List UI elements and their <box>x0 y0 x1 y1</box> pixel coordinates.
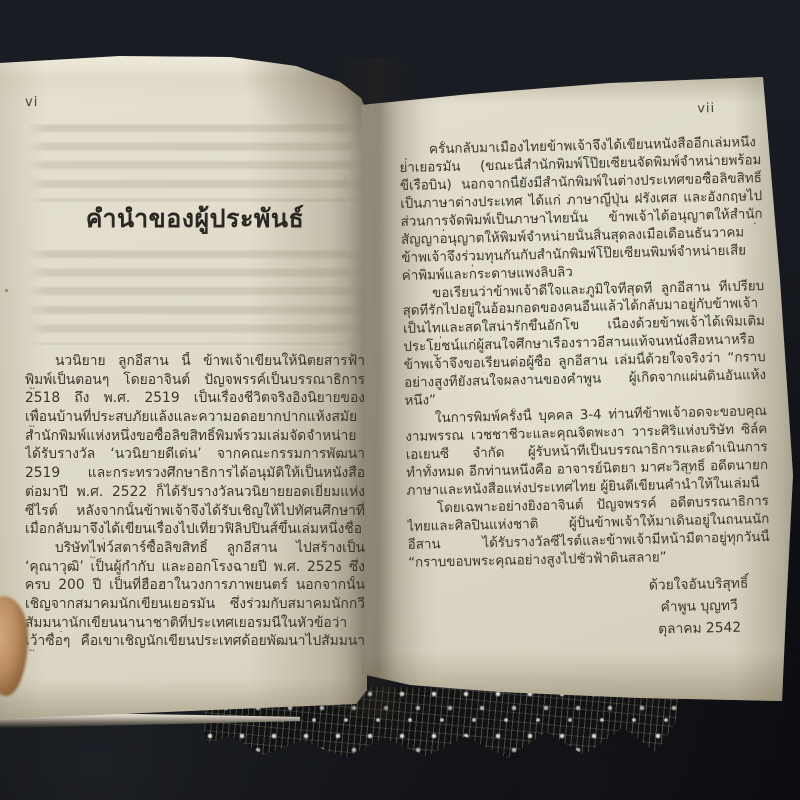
paper-speck <box>344 176 346 178</box>
left-page-text: นวนิยาย ลูกอีสาน นี้ ข้าพเจ้าเขียนให้นิต… <box>25 352 365 651</box>
text-line: เว้าซื่อๆ คือเขาเชิญนักเขียนประเทศด้อยพั… <box>25 632 365 651</box>
page-number-left: vi <box>25 95 38 110</box>
preface-title: คำนำของผู้ประพันธ์ <box>25 199 365 239</box>
paper-speck <box>688 472 691 474</box>
text-line: ซีไรต์ หลังจากนั้นข้าพเจ้าจึงได้รับเชิญใ… <box>25 502 365 521</box>
ink-bleedthrough-lower <box>27 250 363 345</box>
text-line: เมื่อกลับมาจึงได้เขียนเรื่องไปเที่ยวฟิลิ… <box>25 520 365 539</box>
right-paragraph-4: โดยเฉพาะอย่างยิ่งอาจินต์ ปัญจพรรค์ อดีตบ… <box>407 493 770 573</box>
author-signature: ด้วยใจอันบริสุทธิ์คำพูน บุญทวีตุลาคม 254… <box>598 571 799 641</box>
text-line: ได้รับรางวัล ‘นวนิยายดีเด่น’ จากคณะกรรมก… <box>25 445 365 464</box>
text-line: ต่อมาปี พ.ศ. 2522 ก็ได้รับรางวัลนวนิยายย… <box>25 483 365 502</box>
text-line: เพื่อนบ้านที่ประสบภัยแล้งและความอดอยากปา… <box>25 408 365 427</box>
text-line: เชิญจากสมาคมนักเขียนเยอรมัน ซึ่งร่วมกับส… <box>25 595 365 614</box>
text-line: ครบ 200 ปี เป็นที่ฮือฮาในวงการภาพยนตร์ น… <box>25 576 365 595</box>
right-page-text: vii ครั้นกลับมาเมืองไทยข้าพเจ้าจึงได้เขี… <box>398 92 778 660</box>
text-line: ‘คุณาวุฒิ’ เป็นผู้กำกับ และออกโรงฉายปี พ… <box>25 558 365 577</box>
paper-speck <box>757 160 759 162</box>
right-page-paragraphs: ครั้นกลับมาเมืองไทยข้าพเจ้าจึงได้เขียนหน… <box>399 134 770 572</box>
text-line: 2518 ถึง พ.ศ. 2519 เป็นเรื่องชีวิตจริงอิ… <box>25 389 365 408</box>
left-paragraph-2: บริษัทไฟว์สตาร์ซื้อลิขสิทธิ์ ลูกอีสาน ไป… <box>25 539 365 651</box>
ink-bleedthrough-upper <box>27 124 363 202</box>
right-paragraph-2: ขอเรียนว่าข้าพเจ้าดีใจและภูมิใจที่สุดที่… <box>402 278 767 411</box>
text-line: 2519 และกระทรวงศึกษาธิการได้อนุมัติให้เป… <box>25 464 365 483</box>
paper-speck <box>5 289 8 292</box>
right-paragraph-3: ในการพิมพ์ครั้งนี้ บุคคล 3-4 ท่านที่ข้าพ… <box>405 403 769 501</box>
text-line: นวนิยาย ลูกอีสาน นี้ ข้าพเจ้าเขียนให้นิต… <box>25 352 365 371</box>
text-line: พิมพ์เป็นตอนๆ โดยอาจินต์ ปัญจพรรค์เป็นบร… <box>25 371 365 390</box>
photo-scene: vi คำนำของผู้ประพันธ์ นวนิยาย ลูกอีสาน น… <box>0 0 800 800</box>
page-number-right: vii <box>697 101 715 116</box>
text-line: สัมมนานักเขียนนานาชาติที่ประเทศเยอรมนีใน… <box>25 614 365 633</box>
text-line: บริษัทไฟว์สตาร์ซื้อลิขสิทธิ์ ลูกอีสาน ไป… <box>25 539 365 558</box>
right-paragraph-1: ครั้นกลับมาเมืองไทยข้าพเจ้าจึงได้เขียนหน… <box>399 134 764 285</box>
text-line: สำนักพิมพ์แห่งหนึ่งขอซื้อลิขสิทธิ์พิมพ์ร… <box>25 427 365 446</box>
left-paragraph-1: นวนิยาย ลูกอีสาน นี้ ข้าพเจ้าเขียนให้นิต… <box>25 352 365 539</box>
text-line: ตุลาคม 2542 <box>599 615 799 641</box>
